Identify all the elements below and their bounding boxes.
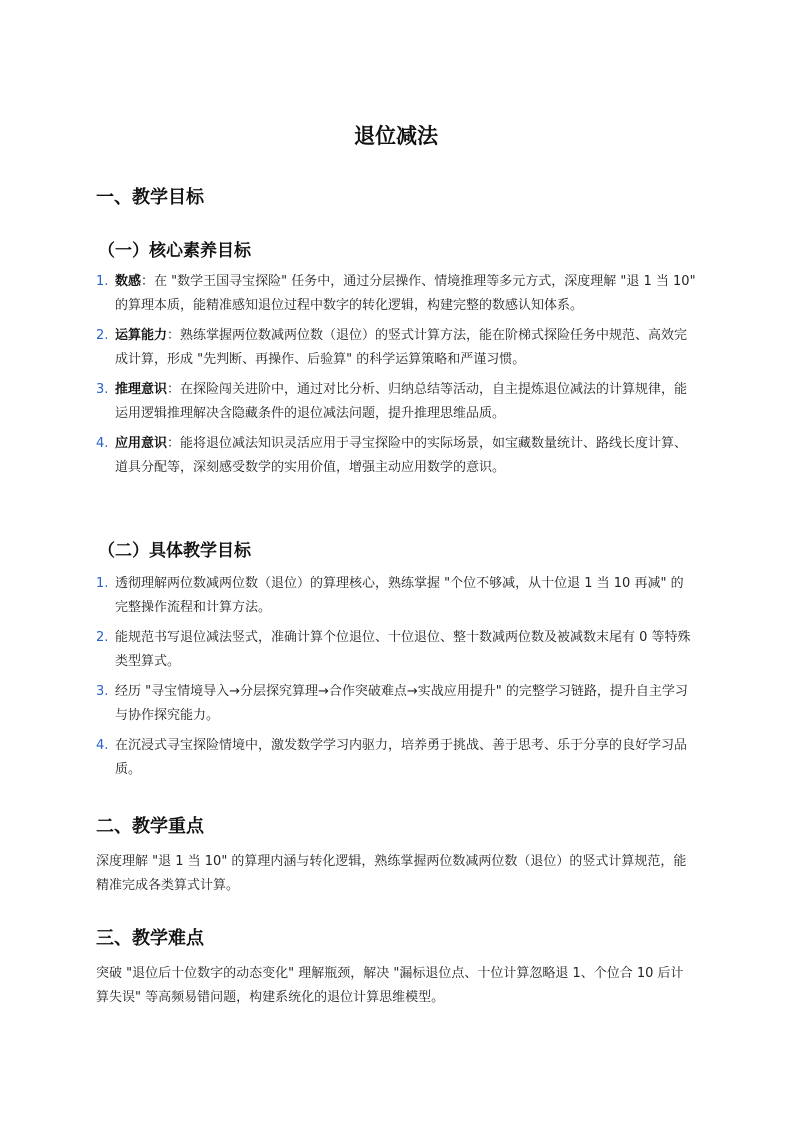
item-lead: 应用意识: [115, 436, 167, 451]
list-item: 2.能规范书写退位减法竖式，准确计算个位退位、十位退位、整十数减两位数及被减数末…: [96, 626, 696, 674]
item-text: 经历 "寻宝情境导入→分层探究算理→合作突破难点→实战应用提升" 的完整学习链路…: [115, 684, 688, 723]
item-text: 在 "数学王国寻宝探险" 任务中，通过分层操作、情境推理等多元方式，深度理解 "…: [115, 274, 696, 313]
section-heading-difficulties: 三、教学难点: [96, 924, 204, 950]
item-lead: 数感: [115, 274, 141, 289]
list-item: 3.经历 "寻宝情境导入→分层探究算理→合作突破难点→实战应用提升" 的完整学习…: [96, 680, 696, 728]
list-number: 3.: [96, 680, 108, 704]
core-literacy-list: 1.数感：在 "数学王国寻宝探险" 任务中，通过分层操作、情境推理等多元方式，深…: [96, 270, 696, 486]
section-heading-teaching-goals: 一、教学目标: [96, 183, 204, 209]
subsection-heading-core-literacy: （一）核心素养目标: [98, 236, 251, 261]
item-text: 能规范书写退位减法竖式，准确计算个位退位、十位退位、整十数减两位数及被减数末尾有…: [115, 630, 691, 669]
list-item: 4.应用意识：能将退位减法知识灵活应用于寻宝探险中的实际场景，如宝藏数量统计、路…: [96, 432, 696, 480]
list-number: 4.: [96, 734, 108, 758]
list-item: 3.推理意识：在探险闯关进阶中，通过对比分析、归纳总结等活动，自主提炼退位减法的…: [96, 378, 696, 426]
item-text: 在探险闯关进阶中，通过对比分析、归纳总结等活动，自主提炼退位减法的计算规律，能运…: [115, 382, 687, 421]
list-item: 1.数感：在 "数学王国寻宝探险" 任务中，通过分层操作、情境推理等多元方式，深…: [96, 270, 696, 318]
list-number: 1.: [96, 572, 108, 596]
list-item: 2.运算能力：熟练掌握两位数减两位数（退位）的竖式计算方法，能在阶梯式探险任务中…: [96, 324, 696, 372]
section-heading-key-points: 二、教学重点: [96, 812, 204, 838]
list-item: 1.透彻理解两位数减两位数（退位）的算理核心，熟练掌握 "个位不够减，从十位退 …: [96, 572, 696, 620]
separator: ：: [167, 382, 180, 397]
separator: ：: [167, 436, 180, 451]
document-title: 退位减法: [96, 120, 696, 150]
list-number: 2.: [96, 324, 108, 348]
item-lead: 推理意识: [115, 382, 167, 397]
item-lead: 运算能力: [115, 328, 167, 343]
list-number: 3.: [96, 378, 108, 402]
item-text: 能将退位减法知识灵活应用于寻宝探险中的实际场景，如宝藏数量统计、路线长度计算、道…: [115, 436, 687, 475]
difficulties-paragraph: 突破 "退位后十位数字的动态变化" 理解瓶颈，解决 "漏标退位点、十位计算忽略退…: [96, 962, 696, 1010]
list-item: 4.在沉浸式寻宝探险情境中，激发数学学习内驱力，培养勇于挑战、善于思考、乐于分享…: [96, 734, 696, 782]
separator: ：: [167, 328, 180, 343]
key-points-paragraph: 深度理解 "退 1 当 10" 的算理内涵与转化逻辑，熟练掌握两位数减两位数（退…: [96, 850, 696, 898]
list-number: 1.: [96, 270, 108, 294]
specific-goals-list: 1.透彻理解两位数减两位数（退位）的算理核心，熟练掌握 "个位不够减，从十位退 …: [96, 572, 696, 788]
item-text: 在沉浸式寻宝探险情境中，激发数学学习内驱力，培养勇于挑战、善于思考、乐于分享的良…: [115, 738, 687, 777]
subsection-heading-specific-goals: （二）具体教学目标: [98, 536, 251, 561]
list-number: 4.: [96, 432, 108, 456]
item-text: 透彻理解两位数减两位数（退位）的算理核心，熟练掌握 "个位不够减，从十位退 1 …: [115, 576, 684, 615]
list-number: 2.: [96, 626, 108, 650]
item-text: 熟练掌握两位数减两位数（退位）的竖式计算方法，能在阶梯式探险任务中规范、高效完成…: [115, 328, 687, 367]
separator: ：: [141, 274, 154, 289]
